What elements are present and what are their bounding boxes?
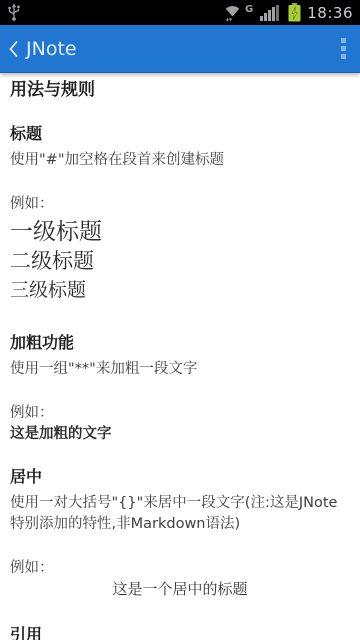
example-label: 例如： <box>10 558 350 579</box>
example-headings-block: 一级标题 二级标题 三级标题 <box>10 218 350 305</box>
usb-icon <box>7 3 21 22</box>
chevron-left-icon <box>8 40 19 58</box>
section-center: 居中 使用一对大括号"{}"来居中一段文字(注:这是JNote特别添加的特性,非… <box>10 468 350 600</box>
section-heading: 居中 <box>10 468 350 486</box>
signal-strength-icon <box>260 5 281 21</box>
overflow-dots-icon <box>341 38 346 43</box>
centered-example: 这是一个居中的标题 <box>10 579 350 600</box>
note-content-scroll[interactable]: 用法与规则 标题 使用"#"加空格在段首来创建标题 例如： 一级标题 二级标题 … <box>0 73 360 640</box>
section-heading: 标题 <box>10 125 350 143</box>
section-bold: 加粗功能 使用一组"**"来加粗一段文字 例如： 这是加粗的文字 <box>10 334 350 445</box>
network-type-label: G <box>245 4 253 15</box>
status-bar: G 18:36 <box>0 0 360 25</box>
example-label: 例如： <box>10 194 350 215</box>
example-label: 例如： <box>10 403 350 424</box>
screen: G 18:36 J <box>0 0 360 640</box>
h3-example: 三级标题 <box>10 276 350 305</box>
section-heading: 引用 <box>10 626 350 640</box>
section-description: 使用"#"加空格在段首来创建标题 <box>10 150 350 171</box>
h2-example: 二级标题 <box>10 247 350 276</box>
wifi-data-icon <box>224 4 241 22</box>
section-headings: 标题 使用"#"加空格在段首来创建标题 例如： 一级标题 二级标题 三级标题 <box>10 125 350 305</box>
section-heading: 加粗功能 <box>10 334 350 352</box>
clock-label: 18:36 <box>307 4 353 22</box>
section-description: 使用一组"**"来加粗一段文字 <box>10 359 350 380</box>
page-title: 用法与规则 <box>10 80 350 100</box>
bold-example: 这是加粗的文字 <box>10 424 350 445</box>
app-bar: JNote <box>0 25 360 73</box>
overflow-menu-button[interactable] <box>327 27 360 71</box>
back-button[interactable]: JNote <box>6 30 79 68</box>
app-title: JNote <box>26 38 77 60</box>
h1-example: 一级标题 <box>10 218 350 247</box>
battery-charging-icon <box>288 3 301 22</box>
section-description: 使用一对大括号"{}"来居中一段文字(注:这是JNote特别添加的特性,非Mar… <box>10 493 350 535</box>
section-quote: 引用 <box>10 626 350 640</box>
